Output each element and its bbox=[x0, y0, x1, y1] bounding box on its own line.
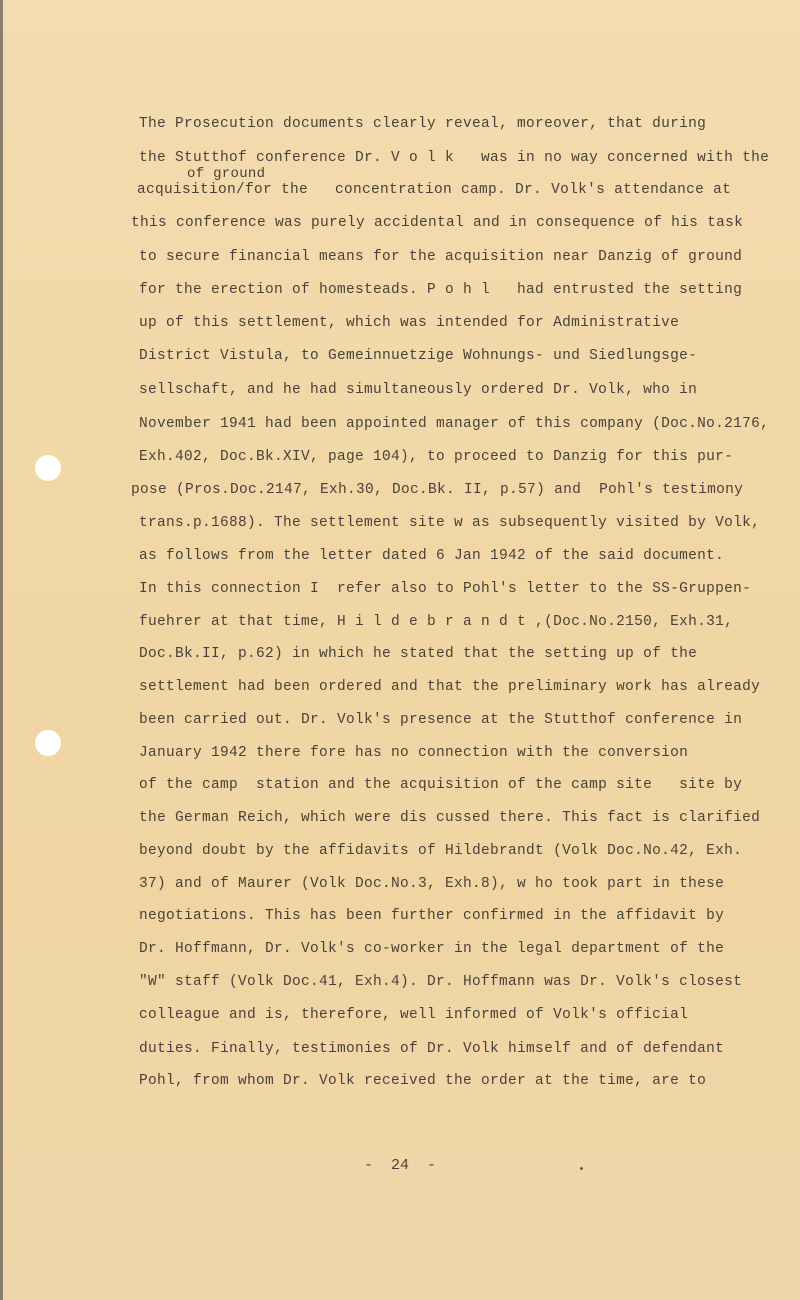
text-line: The Prosecution documents clearly reveal… bbox=[139, 116, 706, 132]
text-line: to secure financial means for the acquis… bbox=[139, 249, 742, 265]
text-line: Exh.402, Doc.Bk.XIV, page 104), to proce… bbox=[139, 449, 733, 465]
text-line: November 1941 had been appointed manager… bbox=[139, 416, 769, 432]
text-line: Doc.Bk.II, p.62) in which he stated that… bbox=[139, 646, 697, 662]
text-line: sellschaft, and he had simultaneously or… bbox=[139, 382, 697, 398]
text-line: negotiations. This has been further conf… bbox=[139, 908, 724, 924]
document-page: The Prosecution documents clearly reveal… bbox=[0, 0, 800, 1300]
punch-hole-bottom bbox=[35, 730, 61, 756]
text-line: District Vistula, to Gemeinnuetzige Wohn… bbox=[139, 348, 697, 364]
text-line: trans.p.1688). The settlement site w as … bbox=[139, 515, 760, 531]
text-line: acquisition/for the concentration camp. … bbox=[137, 182, 731, 198]
text-line: the German Reich, which were dis cussed … bbox=[139, 810, 760, 826]
text-line: Dr. Hoffmann, Dr. Volk's co-worker in th… bbox=[139, 941, 724, 957]
text-line: Pohl, from whom Dr. Volk received the or… bbox=[139, 1073, 706, 1089]
text-line: "W" staff (Volk Doc.41, Exh.4). Dr. Hoff… bbox=[139, 974, 742, 990]
text-line: duties. Finally, testimonies of Dr. Volk… bbox=[139, 1041, 724, 1057]
text-line: settlement had been ordered and that the… bbox=[139, 679, 760, 695]
text-line: this conference was purely accidental an… bbox=[131, 215, 743, 231]
text-line: been carried out. Dr. Volk's presence at… bbox=[139, 712, 742, 728]
page-edge bbox=[0, 0, 3, 1300]
text-line: In this connection I refer also to Pohl'… bbox=[139, 581, 751, 597]
text-line: for the erection of homesteads. P o h l … bbox=[139, 282, 742, 298]
text-line: 37) and of Maurer (Volk Doc.No.3, Exh.8)… bbox=[139, 876, 724, 892]
ink-speck bbox=[580, 1167, 583, 1170]
text-line: January 1942 there fore has no connectio… bbox=[139, 745, 688, 761]
text-line: as follows from the letter dated 6 Jan 1… bbox=[139, 548, 724, 564]
interlinear-insertion: of ground bbox=[187, 166, 265, 182]
page-number: - 24 - bbox=[360, 1157, 440, 1174]
text-line: of the camp station and the acquisition … bbox=[139, 777, 742, 793]
text-line: beyond doubt by the affidavits of Hildeb… bbox=[139, 843, 742, 859]
text-line: the Stutthof conference Dr. V o l k was … bbox=[139, 150, 769, 166]
text-line: up of this settlement, which was intende… bbox=[139, 315, 679, 331]
text-line: colleague and is, therefore, well inform… bbox=[139, 1007, 688, 1023]
text-line: fuehrer at that time, H i l d e b r a n … bbox=[139, 614, 733, 630]
punch-hole-top bbox=[35, 455, 61, 481]
text-line: pose (Pros.Doc.2147, Exh.30, Doc.Bk. II,… bbox=[131, 482, 743, 498]
